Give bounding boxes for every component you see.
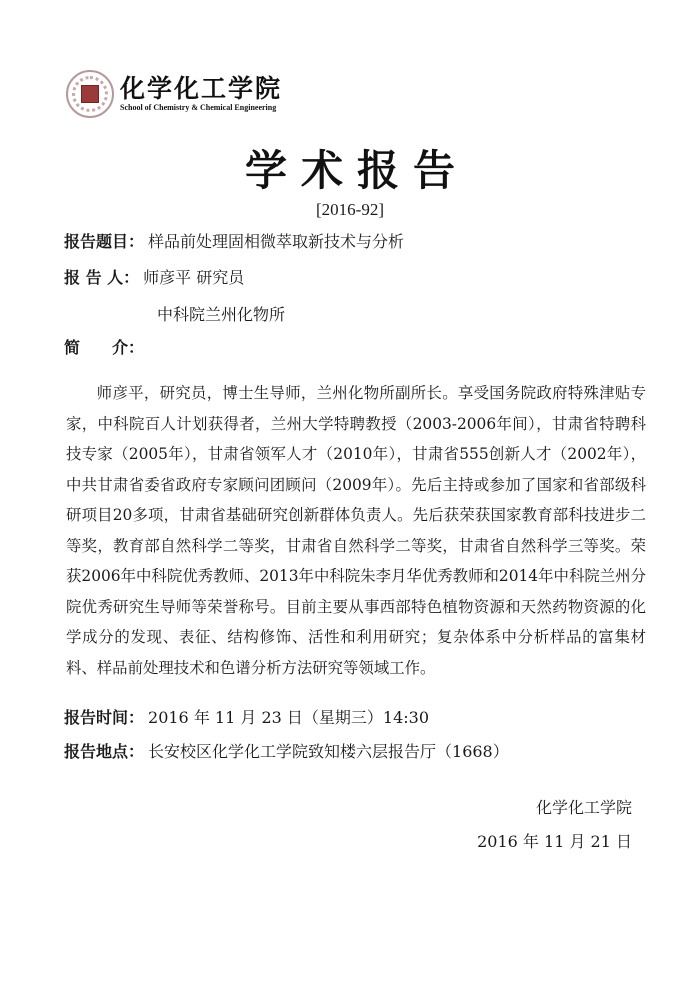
place-value: 长安校区化学化工学院致知楼六层报告厅（1668） bbox=[148, 742, 509, 761]
school-seal-icon bbox=[66, 70, 114, 118]
speaker-biography: 师彦平，研究员，博士生导师，兰州化物所副所长。享受国务院政府特殊津贴专家，中科院… bbox=[66, 378, 646, 683]
topic-label: 报告题目： bbox=[64, 232, 144, 251]
speaker-value: 师彦平 研究员 bbox=[143, 268, 244, 287]
topic-value: 样品前处理固相微萃取新技术与分析 bbox=[148, 232, 404, 251]
time-label: 报告时间： bbox=[64, 708, 144, 727]
intro-label: 简 介： bbox=[64, 338, 144, 357]
document-title: 学术报告 bbox=[0, 138, 700, 198]
place-label: 报告地点： bbox=[64, 742, 144, 761]
school-name: 化学化工学院 School of Chemistry & Chemical En… bbox=[120, 75, 282, 113]
time-row: 报告时间：2016 年 11 月 23 日（星期三）14:30 bbox=[64, 707, 429, 729]
place-row: 报告地点：长安校区化学化工学院致知楼六层报告厅（1668） bbox=[64, 741, 509, 763]
time-value: 2016 年 11 月 23 日（星期三）14:30 bbox=[148, 708, 429, 727]
speaker-label: 报 告 人： bbox=[64, 268, 139, 287]
seal-center-icon bbox=[81, 85, 99, 103]
signature-date: 2016 年 11 月 21 日 bbox=[477, 829, 632, 852]
document-number: [2016-92] bbox=[0, 200, 700, 220]
intro-row: 简 介： bbox=[64, 337, 144, 359]
topic-row: 报告题目：样品前处理固相微萃取新技术与分析 bbox=[64, 231, 404, 253]
school-logo: 化学化工学院 School of Chemistry & Chemical En… bbox=[66, 70, 282, 118]
school-name-en: School of Chemistry & Chemical Engineeri… bbox=[120, 103, 282, 113]
speaker-row: 报 告 人：师彦平 研究员 bbox=[64, 267, 244, 289]
signature-org: 化学化工学院 bbox=[536, 795, 632, 818]
speaker-organization: 中科院兰州化物所 bbox=[157, 302, 285, 325]
school-name-cn: 化学化工学院 bbox=[120, 75, 282, 103]
